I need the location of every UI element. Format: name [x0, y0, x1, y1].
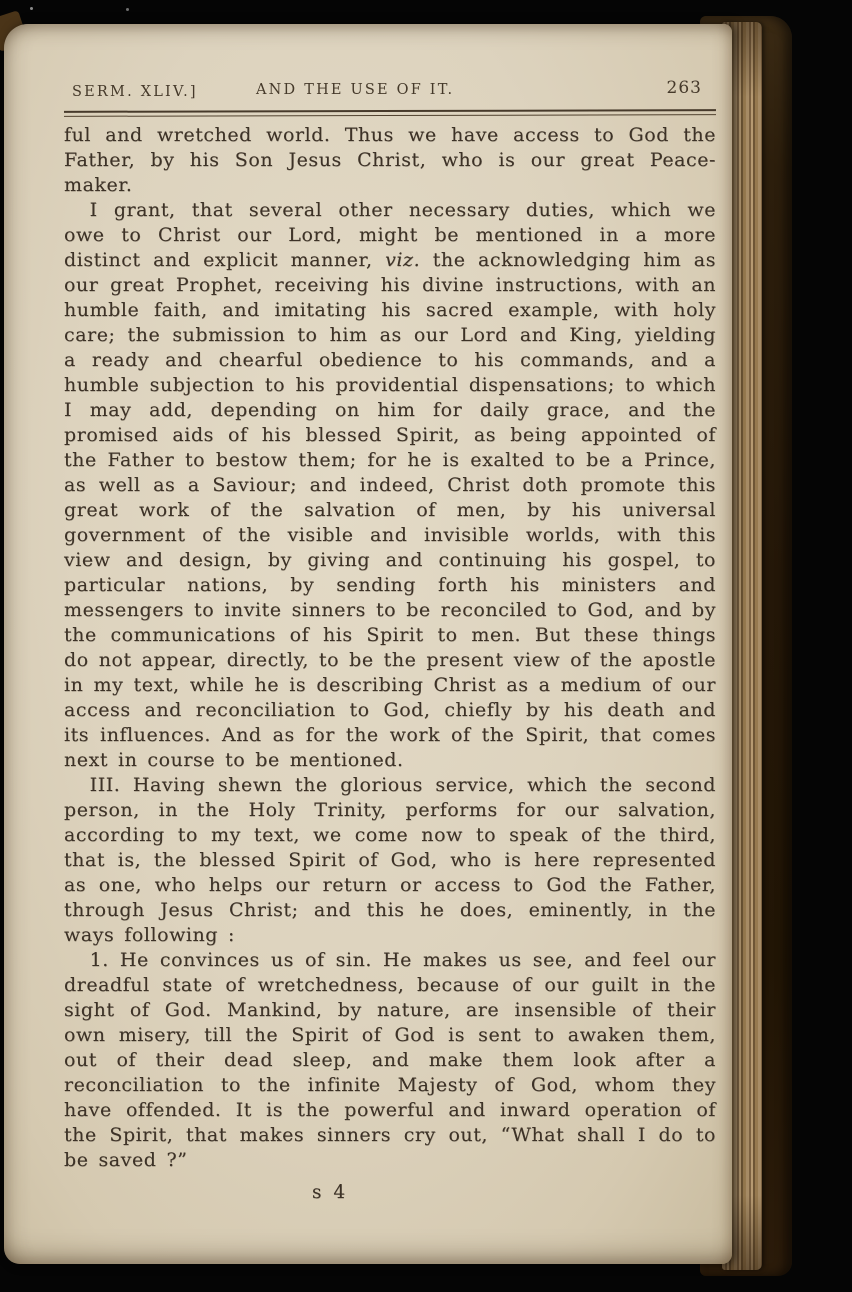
page-number: 263 — [667, 78, 702, 98]
text-area: SERM. XLIV.] AND THE USE OF IT. 263 ful … — [64, 82, 716, 1203]
signature-mark: s 4 — [64, 1182, 716, 1203]
paragraph: III. Having shewn the glorious service, … — [64, 773, 716, 948]
running-head-sermon-number: SERM. XLIV.] — [72, 84, 198, 100]
body-text: ful and wretched world. Thus we have acc… — [64, 123, 716, 1173]
paragraph: 1. He convinces us of sin. He makes us s… — [64, 948, 716, 1173]
running-head-title: AND THE USE OF IT. — [256, 82, 454, 98]
paragraph: I grant, that several other necessary du… — [64, 198, 716, 773]
paragraph: ful and wretched world. Thus we have acc… — [64, 123, 716, 198]
running-head: SERM. XLIV.] AND THE USE OF IT. 263 — [64, 82, 716, 106]
dust-speck — [30, 7, 33, 10]
text-segment: 1. He convinces us of sin. He makes us s… — [64, 949, 716, 1171]
text-segment: the acknowledging him as our great Proph… — [64, 249, 716, 771]
italic-text: viz. — [385, 249, 420, 271]
book-page: SERM. XLIV.] AND THE USE OF IT. 263 ful … — [4, 24, 732, 1264]
dust-speck — [126, 8, 129, 11]
book-photo: SERM. XLIV.] AND THE USE OF IT. 263 ful … — [0, 0, 852, 1292]
header-rule — [64, 109, 716, 117]
text-segment: ful and wretched world. Thus we have acc… — [64, 124, 716, 196]
text-segment: III. Having shewn the glorious service, … — [64, 774, 716, 946]
